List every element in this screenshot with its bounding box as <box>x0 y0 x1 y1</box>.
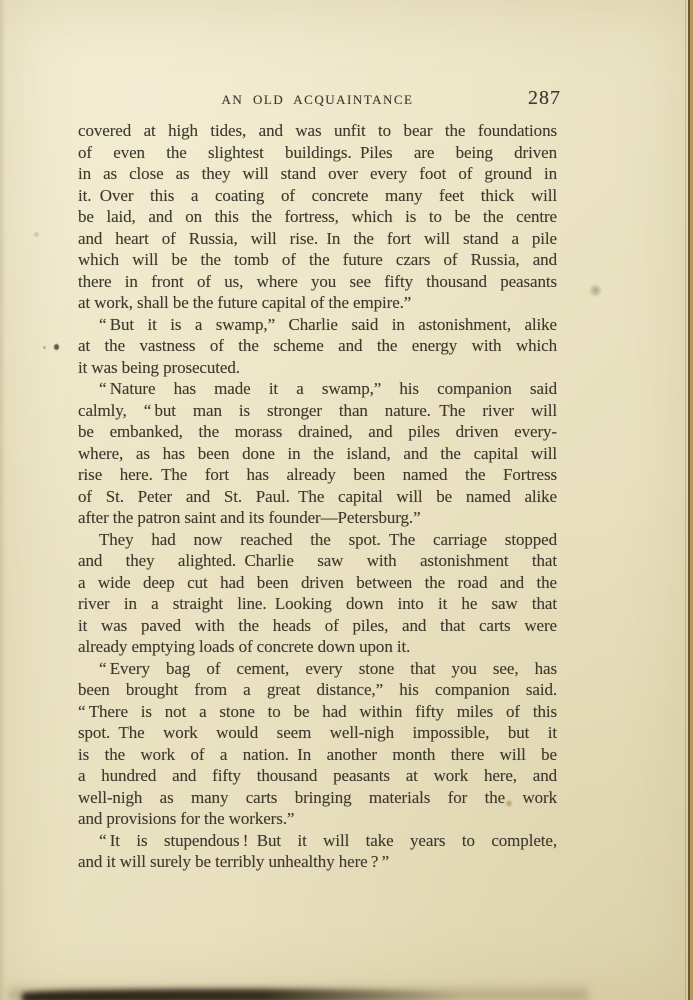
text-line: there in front of us, where you see fift… <box>78 271 557 293</box>
text-line: spot. The work would seem well-nigh impo… <box>78 722 557 744</box>
text-line: and heart of Russia, will rise. In the f… <box>78 228 557 250</box>
text-line: at the vastness of the scheme and the en… <box>78 335 557 357</box>
book-page: AN OLD ACQUAINTANCE 287 covered at high … <box>0 0 693 1000</box>
text-line: it was being prosecuted. <box>78 357 557 379</box>
text-line: and provisions for the workers.” <box>78 808 557 830</box>
text-line: of St. Peter and St. Paul. The capital w… <box>78 486 557 508</box>
text-line: been brought from a great distance,” his… <box>78 679 557 701</box>
text-line: covered at high tides, and was unfit to … <box>78 120 557 142</box>
paragraph: “ But it is a swamp,” Charlie said in as… <box>78 314 557 379</box>
text-line: “ Nature has made it a swamp,” his compa… <box>78 378 557 400</box>
ink-speck <box>54 344 59 350</box>
text-line: which will be the tomb of the future cza… <box>78 249 557 271</box>
ink-speck <box>43 346 46 349</box>
text-line: in as close as they will stand over ever… <box>78 163 557 185</box>
text-line: and it will surely be terribly unhealthy… <box>78 851 557 873</box>
text-line: “ Every bag of cement, every stone that … <box>78 658 557 680</box>
text-line: “ There is not a stone to be had within … <box>78 701 557 723</box>
text-line: it. Over this a coating of concrete many… <box>78 185 557 207</box>
text-line: be laid, and on this the fortress, which… <box>78 206 557 228</box>
text-line: “ But it is a swamp,” Charlie said in as… <box>78 314 557 336</box>
page-left-edge-shading <box>0 0 6 1000</box>
page-header: AN OLD ACQUAINTANCE 287 <box>78 87 557 109</box>
text-line: it was paved with the heads of piles, an… <box>78 615 557 637</box>
text-line: a hundred and fifty thousand peasants at… <box>78 765 557 787</box>
paragraph: covered at high tides, and was unfit to … <box>78 120 557 314</box>
running-title: AN OLD ACQUAINTANCE <box>78 92 557 108</box>
text-line: already emptying loads of concrete down … <box>78 636 557 658</box>
paragraph: “ Every bag of cement, every stone that … <box>78 658 557 830</box>
text-line: is the work of a nation. In another mont… <box>78 744 557 766</box>
text-line: at work, shall be the future capital of … <box>78 292 557 314</box>
text-line: be embanked, the morass drained, and pil… <box>78 421 557 443</box>
text-line: of even the slightest buildings. Piles a… <box>78 142 557 164</box>
text-line: and they alighted. Charlie saw with asto… <box>78 550 557 572</box>
page-edge-line <box>685 0 686 1000</box>
page-number: 287 <box>528 87 561 110</box>
paragraph: They had now reached the spot. The carri… <box>78 529 557 658</box>
text-line: where, as has been done in the island, a… <box>78 443 557 465</box>
page-text: covered at high tides, and was unfit to … <box>78 120 557 873</box>
text-line: river in a straight line. Looking down i… <box>78 593 557 615</box>
paragraph: “ Nature has made it a swamp,” his compa… <box>78 378 557 529</box>
paper-dot <box>34 232 39 237</box>
text-line: “ It is stupendous ! But it will take ye… <box>78 830 557 852</box>
text-line: after the patron saint and its founder—P… <box>78 507 557 529</box>
bottom-scan-shadow <box>22 989 462 1000</box>
text-line: calmly, “ but man is stronger than natur… <box>78 400 557 422</box>
text-line: well-nigh as many carts bringing materia… <box>78 787 557 809</box>
text-line: rise here. The fort has already been nam… <box>78 464 557 486</box>
paper-smudge <box>589 283 602 298</box>
paper-speck <box>505 799 513 808</box>
paragraph: “ It is stupendous ! But it will take ye… <box>78 830 557 873</box>
text-line: They had now reached the spot. The carri… <box>78 529 557 551</box>
text-line: a wide deep cut had been driven between … <box>78 572 557 594</box>
